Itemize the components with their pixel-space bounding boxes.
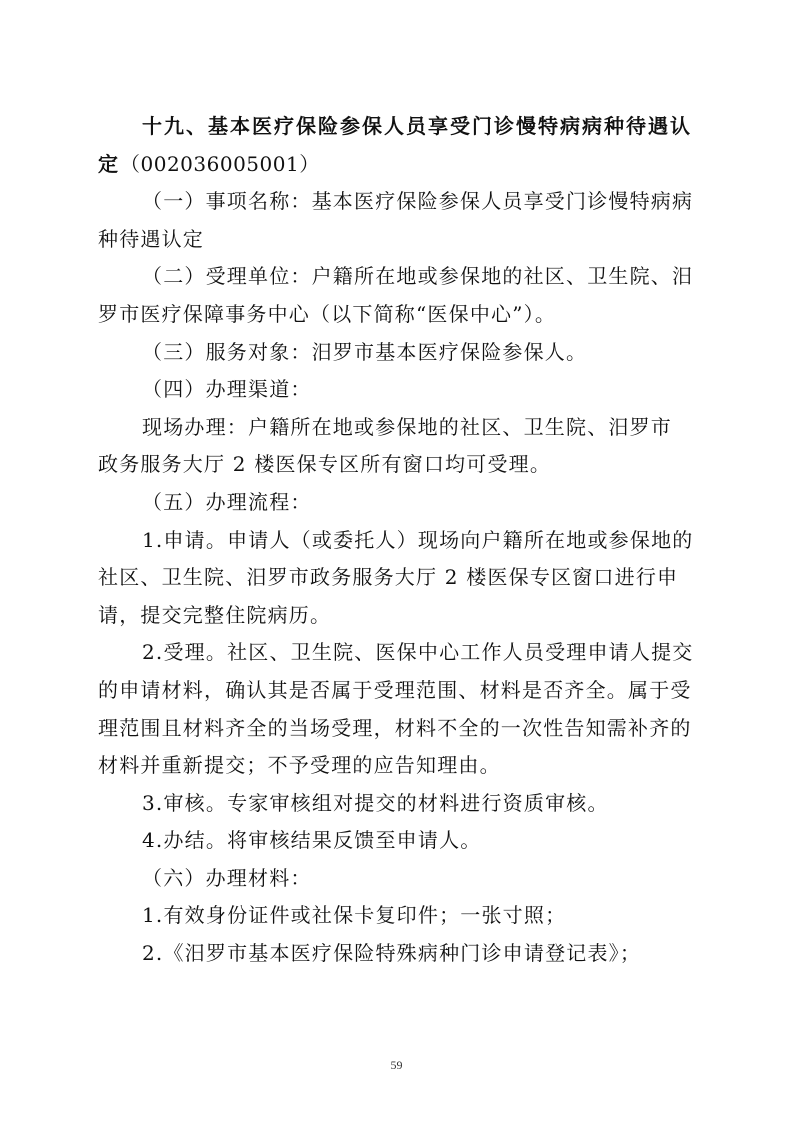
document-page: 十九、基本医疗保险参保人员享受门诊慢特病病种待遇认 定（002036005001…: [98, 108, 698, 973]
materials-heading: （六）办理材料：: [98, 860, 698, 898]
accepting-unit-line-1: （二）受理单位：户籍所在地或参保地的社区、卫生院、汨: [98, 258, 698, 296]
materials-item-2: 2.《汨罗市基本医疗保险特殊病种门诊申请登记表》；: [98, 935, 698, 973]
channels-line-2: 政务服务大厅 2 楼医保专区所有窗口均可受理。: [98, 446, 698, 484]
process-step-2-line-4: 材料并重新提交；不予受理的应告知理由。: [98, 747, 698, 785]
process-heading: （五）办理流程：: [98, 484, 698, 522]
accepting-unit-line-2: 罗市医疗保障事务中心（以下简称“医保中心”）。: [98, 296, 698, 334]
service-target: （三）服务对象：汨罗市基本医疗保险参保人。: [98, 334, 698, 372]
section-heading-continued: 定（002036005001）: [98, 146, 698, 184]
channels-line-1: 现场办理：户籍所在地或参保地的社区、卫生院、汨罗市: [98, 409, 698, 447]
item-code: （002036005001）: [120, 152, 320, 176]
channels-heading: （四）办理渠道：: [98, 371, 698, 409]
page-number: 59: [0, 1058, 793, 1073]
section-heading: 十九、基本医疗保险参保人员享受门诊慢特病病种待遇认: [98, 108, 698, 146]
heading-line-1: 十九、基本医疗保险参保人员享受门诊慢特病病种待遇认: [142, 114, 692, 138]
heading-line-2: 定: [98, 152, 120, 176]
process-step-1-line-2: 社区、卫生院、汨罗市政务服务大厅 2 楼医保专区窗口进行申: [98, 559, 698, 597]
materials-item-1: 1.有效身份证件或社保卡复印件；一张寸照；: [98, 897, 698, 935]
process-step-1-line-3: 请，提交完整住院病历。: [98, 597, 698, 635]
process-step-2-line-1: 2.受理。社区、卫生院、医保中心工作人员受理申请人提交: [98, 634, 698, 672]
process-step-2-line-3: 理范围且材料齐全的当场受理，材料不全的一次性告知需补齐的: [98, 710, 698, 748]
process-step-2-line-2: 的申请材料，确认其是否属于受理范围、材料是否齐全。属于受: [98, 672, 698, 710]
process-step-3: 3.审核。专家审核组对提交的材料进行资质审核。: [98, 785, 698, 823]
process-step-4: 4.办结。将审核结果反馈至申请人。: [98, 822, 698, 860]
item-name-line-1: （一）事项名称：基本医疗保险参保人员享受门诊慢特病病: [98, 183, 698, 221]
process-step-1-line-1: 1.申请。申请人（或委托人）现场向户籍所在地或参保地的: [98, 522, 698, 560]
item-name-line-2: 种待遇认定: [98, 221, 698, 259]
